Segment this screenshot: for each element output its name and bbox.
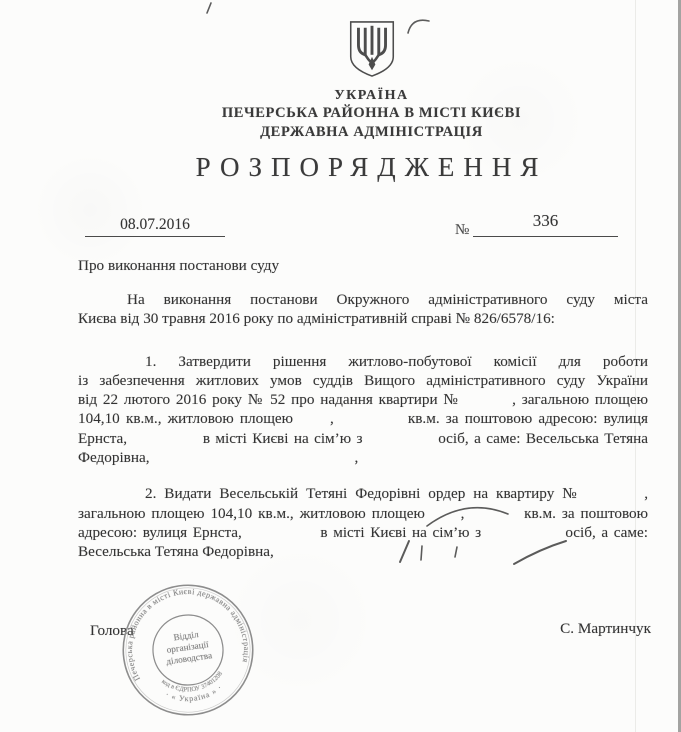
text-line: Федорівна, , xyxy=(78,448,648,467)
text-line: Києва від 30 травня 2016 року по адмініс… xyxy=(78,309,648,328)
round-office-stamp: Печерська районна в місті Києві державна… xyxy=(118,580,258,720)
document-header: УКРАЇНА ПЕЧЕРСЬКА РАЙОННА В МІСТІ КИЄВІ … xyxy=(66,20,677,141)
text-line: Ернста, в місті Києві на сім’ю з осіб, а… xyxy=(78,429,648,448)
intro-paragraph: На виконання постанови Окружного адмініс… xyxy=(78,290,648,329)
text-line: 2. Видати Весельській Тетяні Федорівні о… xyxy=(78,484,648,503)
document-body: На виконання постанови Окружного адмініс… xyxy=(78,290,648,562)
subject-line: Про виконання постанови суду xyxy=(78,257,279,275)
text-line: адресою: вулиця Ернста, в місті Києві на… xyxy=(78,523,648,542)
pen-mark-top xyxy=(207,3,211,13)
org-name-line1: ПЕЧЕРСЬКА РАЙОННА В МІСТІ КИЄВІ xyxy=(66,104,677,123)
item2-paragraph: 2. Видати Весельській Тетяні Федорівні о… xyxy=(78,484,648,561)
text-line: Весельська Тетяна Федорівна, xyxy=(78,542,648,561)
text-line: від 22 лютого 2016 року № 52 про надання… xyxy=(78,390,648,409)
country-name: УКРАЇНА xyxy=(66,88,677,104)
scanned-document: УКРАЇНА ПЕЧЕРСЬКА РАЙОННА В МІСТІ КИЄВІ … xyxy=(0,0,681,732)
org-name-line2: ДЕРЖАВНА АДМІНІСТРАЦІЯ xyxy=(66,123,677,142)
text-line: 1. Затвердити рішення житлово-побутової … xyxy=(78,352,648,371)
item1-paragraph: 1. Затвердити рішення житлово-побутової … xyxy=(78,352,648,468)
document-title: РОЗПОРЯДЖЕННЯ xyxy=(66,152,677,183)
text-line: із забезпечення житлових умов суддів Вищ… xyxy=(78,371,648,390)
document-number: 336 xyxy=(473,211,618,237)
number-sign-label: № xyxy=(455,222,469,239)
text-line: На виконання постанови Окружного адмініс… xyxy=(78,290,648,309)
text-line: 104,10 кв.м., житловою площею , кв.м. за… xyxy=(78,409,648,428)
document-date: 08.07.2016 xyxy=(85,216,225,237)
text-line: загальною площею 104,10 кв.м., житловою … xyxy=(78,504,648,523)
signer-name: С. Мартинчук xyxy=(560,620,651,638)
ukraine-trident-icon xyxy=(348,20,396,78)
